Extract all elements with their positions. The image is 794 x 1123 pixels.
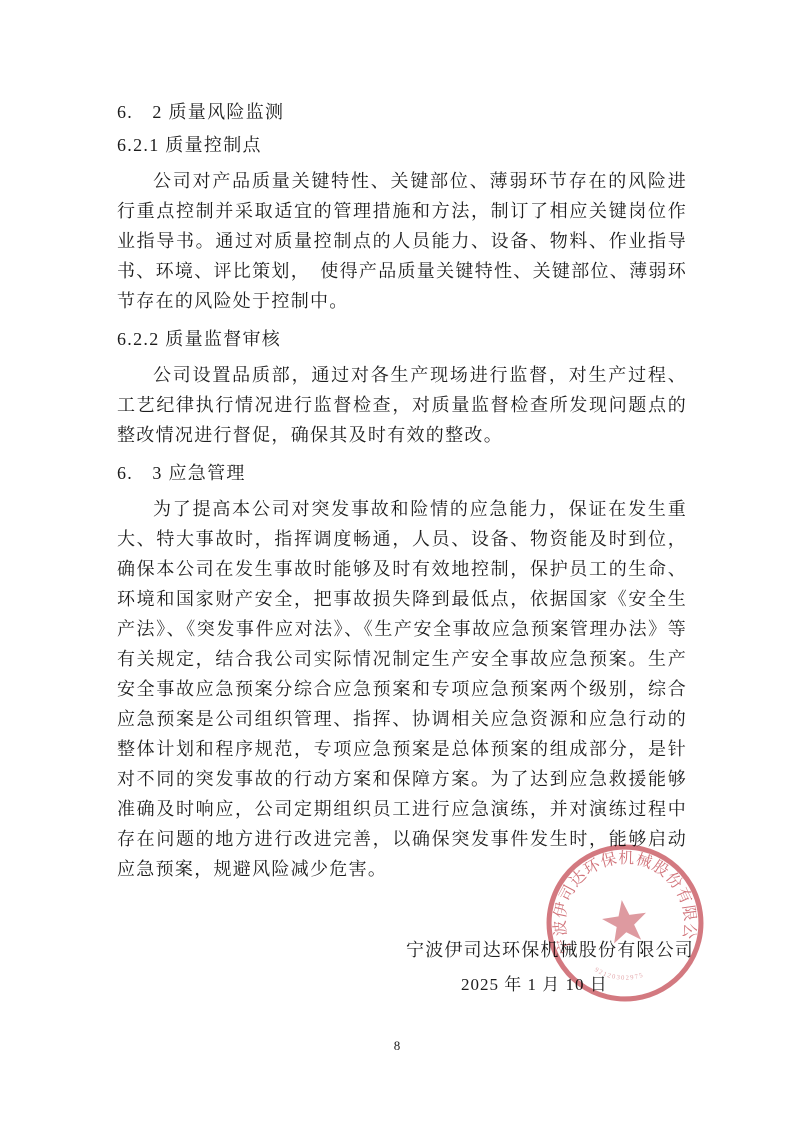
heading-quality-control-point: 6.2.1 质量控制点: [117, 130, 687, 160]
page-number: 8: [0, 1038, 794, 1054]
document-body: 6. 2 质量风险监测 6.2.1 质量控制点 公司对产品质量关键特性、关键部位…: [117, 94, 687, 892]
seal-code-text: 92120302975: [592, 960, 645, 986]
document-page: 6. 2 质量风险监测 6.2.1 质量控制点 公司对产品质量关键特性、关键部位…: [0, 0, 794, 1123]
heading-emergency-management: 6. 3 应急管理: [117, 458, 687, 488]
seal-company-text: 宁波伊司达环保机械股份有限公司: [534, 832, 702, 963]
heading-quality-supervision-audit: 6.2.2 质量监督审核: [117, 324, 687, 354]
seal-star-icon: [600, 897, 650, 945]
company-seal: 宁波伊司达环保机械股份有限公司 92120302975: [534, 832, 717, 1015]
paragraph-quality-supervision-audit: 公司设置品质部，通过对各生产现场进行监督，对生产过程、工艺纪律执行情况进行监督检…: [117, 360, 687, 450]
paragraph-quality-control-point: 公司对产品质量关键特性、关键部位、薄弱环节存在的风险进行重点控制并采取适宜的管理…: [117, 166, 687, 316]
paragraph-emergency-management: 为了提高本公司对突发事故和险情的应急能力，保证在发生重大、特大事故时，指挥调度畅…: [117, 494, 687, 884]
heading-quality-risk-monitoring: 6. 2 质量风险监测: [117, 97, 687, 127]
